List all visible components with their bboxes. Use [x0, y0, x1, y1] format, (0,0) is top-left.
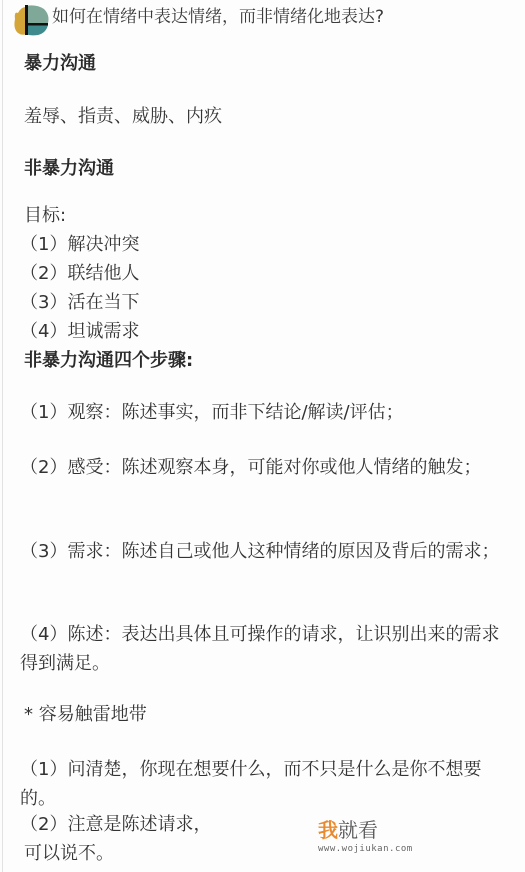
- goal-item: （2）联结他人: [20, 262, 139, 286]
- avatar[interactable]: [12, 3, 50, 36]
- heading-violent-communication: 暴力沟通: [24, 52, 96, 76]
- goal-item: （1）解决冲突: [20, 233, 139, 257]
- watermark-title: 我就看: [318, 818, 378, 842]
- step-item: （2）感受：陈述观察本身，可能对你或他人情绪的触发；: [20, 453, 505, 482]
- violent-communication-items: 羞辱、指责、威胁、内疚: [24, 105, 222, 129]
- question-title[interactable]: 如何在情绪中表达情绪，而非情绪化地表达?: [52, 6, 384, 28]
- watermark-url: www.wojiukan.com: [318, 844, 413, 855]
- avatar-icon: [12, 3, 50, 36]
- watermark-accent-char: 我: [318, 818, 338, 842]
- danger-item: （2）注意是陈述请求，: [20, 813, 211, 837]
- goal-item: （3）活在当下: [20, 291, 139, 315]
- watermark-logo: 我就看 www.wojiukan.com: [318, 818, 428, 860]
- question-header: 如何在情绪中表达情绪，而非情绪化地表达?: [0, 0, 525, 36]
- step-item: （1）观察：陈述事实，而非下结论/解读/评估；: [20, 398, 505, 427]
- heading-nonviolent-communication: 非暴力沟通: [24, 157, 114, 181]
- left-border-divider: [2, 0, 3, 872]
- heading-four-steps: 非暴力沟通四个步骤:: [24, 349, 193, 373]
- goals-label: 目标:: [24, 204, 66, 228]
- watermark-rest-chars: 就看: [338, 818, 378, 842]
- danger-item: 可以说不。: [24, 842, 114, 866]
- danger-item: （1）问清楚，你现在想要什么，而不只是什么是你不想要的。: [20, 755, 505, 813]
- heading-danger-zone: * 容易触雷地带: [24, 703, 147, 727]
- step-item: （4）陈述：表达出具体且可操作的请求，让识别出来的需求得到满足。: [20, 620, 505, 678]
- goal-item: （4）坦诚需求: [20, 320, 139, 344]
- step-item: （3）需求：陈述自己或他人这种情绪的原因及背后的需求；: [20, 537, 505, 566]
